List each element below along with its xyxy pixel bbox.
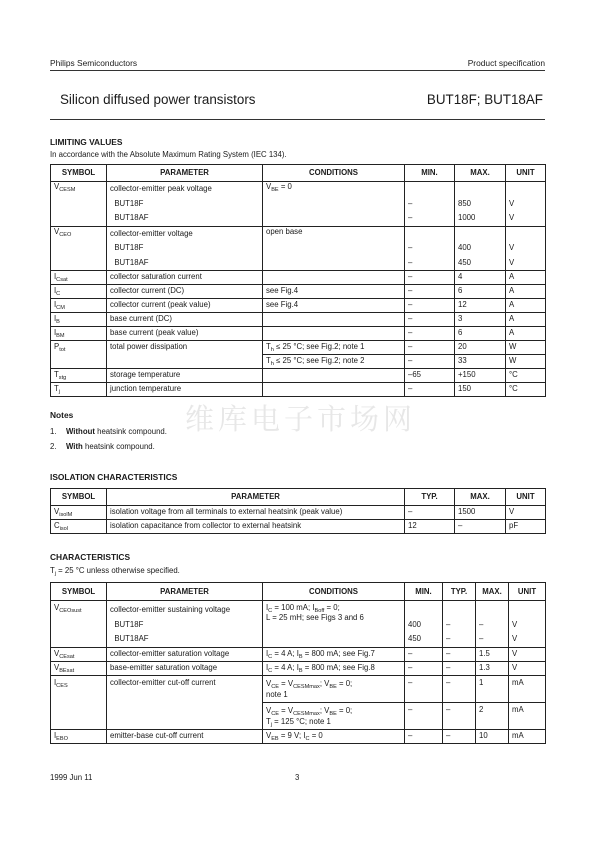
symbol-cell: Ptot xyxy=(51,341,107,369)
symbol-cell: Cisol xyxy=(51,520,107,534)
max-cell: 1.3 xyxy=(476,661,509,675)
header-rule xyxy=(50,70,545,71)
min-value xyxy=(408,603,439,618)
conditions-cell: VEB = 9 V; IC = 0 xyxy=(263,729,405,743)
max-value: 850 xyxy=(458,197,502,212)
subscript: tot xyxy=(59,347,65,353)
condition-line: IC = 100 mA; IBoff = 0; xyxy=(266,603,401,613)
parameter-line: BUT18AF xyxy=(110,256,259,271)
subscript: isolM xyxy=(59,512,72,518)
page-number: 3 xyxy=(295,773,299,782)
unit-cell: VV xyxy=(506,226,546,271)
note-2: 2.With heatsink compound. xyxy=(50,442,155,451)
conditions-cell: VCE = VCESMmax; VBE = 0;note 1 xyxy=(263,675,405,702)
parameter-cell: base-emitter saturation voltage xyxy=(107,661,263,675)
column-header: MIN. xyxy=(405,165,455,182)
subscript: EB xyxy=(271,736,278,742)
min-cell: – xyxy=(405,675,443,702)
parameter-line: BUT18F xyxy=(110,241,259,256)
min-cell: – xyxy=(405,661,443,675)
symbol-cell: IBM xyxy=(51,327,107,341)
max-cell: 8501000 xyxy=(455,182,506,227)
parameter-line: BUT18F xyxy=(110,197,259,212)
max-cell: 150 xyxy=(455,383,506,397)
min-value: – xyxy=(408,241,451,256)
parameter-line: BUT18F xyxy=(110,618,259,633)
unit-value: V xyxy=(509,256,542,271)
min-value: – xyxy=(408,211,451,226)
note-number: 1. xyxy=(50,427,66,436)
subscript: CEO xyxy=(59,232,71,238)
conditions-cell xyxy=(263,327,405,341)
max-cell: 10 xyxy=(476,729,509,743)
column-header: MAX. xyxy=(455,165,506,182)
min-value xyxy=(408,227,451,242)
title-rule xyxy=(50,119,545,120)
conditions-cell xyxy=(263,383,405,397)
subscript: h xyxy=(271,347,274,353)
symbol-cell: IC xyxy=(51,285,107,299)
max-cell: 400450 xyxy=(455,226,506,271)
parameter-cell: total power dissipation xyxy=(107,341,263,369)
unit-cell: mA xyxy=(509,702,546,729)
characteristics-table: SYMBOLPARAMETERCONDITIONSMIN.TYP.MAX.UNI… xyxy=(50,582,546,744)
symbol-cell: VisolM xyxy=(51,506,107,520)
subscript: B xyxy=(299,654,303,660)
table-row: Cisolisolation capacitance from collecto… xyxy=(51,520,546,534)
typ-cell: – xyxy=(443,675,476,702)
unit-value: V xyxy=(509,197,542,212)
min-value: 450 xyxy=(408,632,439,647)
column-header: CONDITIONS xyxy=(263,583,405,601)
table-row: ICMcollector current (peak value)see Fig… xyxy=(51,299,546,313)
table-row: VCESMcollector-emitter peak voltage BUT1… xyxy=(51,182,546,227)
condition-line: L = 25 mH; see Figs 3 and 6 xyxy=(266,613,401,623)
parameter-cell: collector-emitter saturation voltage xyxy=(107,647,263,661)
max-cell: 20 xyxy=(455,341,506,355)
unit-cell: V xyxy=(509,647,546,661)
table-row: Tstgstorage temperature–65+150°C xyxy=(51,369,546,383)
typ-cell: – xyxy=(443,661,476,675)
subscript: B xyxy=(56,319,60,325)
typ-cell: –– xyxy=(443,601,476,648)
unit-cell: mA xyxy=(509,675,546,702)
limiting-values-subtitle: In accordance with the Absolute Maximum … xyxy=(50,150,287,159)
column-header: UNIT xyxy=(506,165,546,182)
unit-cell: °C xyxy=(506,369,546,383)
conditions-cell xyxy=(263,271,405,285)
unit-value: V xyxy=(509,241,542,256)
unit-value xyxy=(509,227,542,242)
column-header: SYMBOL xyxy=(51,583,107,601)
unit-cell: A xyxy=(506,285,546,299)
document-type: Product specification xyxy=(468,58,545,68)
conditions-cell: IC = 4 A; IB = 800 mA; see Fig.7 xyxy=(263,647,405,661)
subscript: j xyxy=(59,389,60,395)
symbol-cell: VCESM xyxy=(51,182,107,227)
note-text: heatsink compound. xyxy=(95,427,167,436)
unit-cell: VV xyxy=(509,601,546,648)
min-cell: – xyxy=(405,729,443,743)
parameter-cell: base current (peak value) xyxy=(107,327,263,341)
unit-cell: A xyxy=(506,327,546,341)
conditions-cell: see Fig.4 xyxy=(263,285,405,299)
parameter-cell: isolation voltage from all terminals to … xyxy=(107,506,405,520)
condition-line: VCE = VCESMmax; VBE = 0; xyxy=(266,678,401,689)
symbol-cell: VCEO xyxy=(51,226,107,271)
unit-value: V xyxy=(509,211,542,226)
subscript: Csat xyxy=(56,277,68,283)
max-value: 450 xyxy=(458,256,502,271)
min-value xyxy=(408,182,451,197)
parameter-cell: isolation capacitance from collector to … xyxy=(107,520,405,534)
note-number: 2. xyxy=(50,442,66,451)
note-text: heatsink compound. xyxy=(83,442,155,451)
min-cell: – xyxy=(405,341,455,355)
symbol-cell: VBEsat xyxy=(51,661,107,675)
min-value: – xyxy=(408,256,451,271)
note-emphasis: Without xyxy=(66,427,95,436)
parameter-cell: base current (DC) xyxy=(107,313,263,327)
notes-title: Notes xyxy=(50,410,73,420)
min-value: – xyxy=(408,197,451,212)
symbol-cell: ICM xyxy=(51,299,107,313)
parameter-line: collector-emitter sustaining voltage xyxy=(110,603,259,618)
symbol-cell: IEBO xyxy=(51,729,107,743)
max-cell: 6 xyxy=(455,327,506,341)
max-cell: +150 xyxy=(455,369,506,383)
unit-cell: W xyxy=(506,341,546,355)
max-cell: 3 xyxy=(455,313,506,327)
conditions-cell: IC = 4 A; IB = 800 mA; see Fig.8 xyxy=(263,661,405,675)
min-cell: – xyxy=(405,355,455,369)
unit-cell: V xyxy=(509,661,546,675)
min-cell: –– xyxy=(405,182,455,227)
note-emphasis: With xyxy=(66,442,83,451)
unit-value xyxy=(509,182,542,197)
max-value xyxy=(458,182,502,197)
column-header: UNIT xyxy=(506,489,546,506)
table-row: ICEScollector-emitter cut-off currentVCE… xyxy=(51,675,546,702)
table-row: IEBOemitter-base cut-off currentVEB = 9 … xyxy=(51,729,546,743)
subscript: BM xyxy=(56,333,64,339)
unit-cell: mA xyxy=(509,729,546,743)
parameter-cell: collector current (DC) xyxy=(107,285,263,299)
subscript: B xyxy=(299,668,303,674)
parameter-cell: collector-emitter peak voltage BUT18F BU… xyxy=(107,182,263,227)
column-header: UNIT xyxy=(509,583,546,601)
parameter-cell: junction temperature xyxy=(107,383,263,397)
characteristics-title: CHARACTERISTICS xyxy=(50,552,130,562)
part-numbers: BUT18F; BUT18AF xyxy=(427,92,543,107)
conditions-cell: open base xyxy=(263,226,405,271)
subscript: C xyxy=(305,736,309,742)
symbol-cell: IB xyxy=(51,313,107,327)
parameter-line: collector-emitter peak voltage xyxy=(110,182,259,197)
column-header: PARAMETER xyxy=(107,165,263,182)
parameter-cell: emitter-base cut-off current xyxy=(107,729,263,743)
table-row: VCEOcollector-emitter voltage BUT18F BUT… xyxy=(51,226,546,271)
unit-value xyxy=(512,603,542,618)
conditions-cell: Th ≤ 25 °C; see Fig.2; note 2 xyxy=(263,355,405,369)
min-cell: – xyxy=(405,285,455,299)
min-cell: – xyxy=(405,313,455,327)
table-row: VCEsatcollector-emitter saturation volta… xyxy=(51,647,546,661)
unit-cell: W xyxy=(506,355,546,369)
min-cell: –65 xyxy=(405,369,455,383)
watermark: 维库电子市场网 xyxy=(185,397,416,438)
condition-line: Tj = 125 °C; note 1 xyxy=(266,716,401,727)
max-cell: 12 xyxy=(455,299,506,313)
min-cell: – xyxy=(405,647,443,661)
max-cell: 1.5 xyxy=(476,647,509,661)
conditions-cell: VBE = 0 xyxy=(263,182,405,227)
unit-value: V xyxy=(512,632,542,647)
conditions-cell: see Fig.4 xyxy=(263,299,405,313)
company-name: Philips Semiconductors xyxy=(50,58,137,68)
max-cell: 1 xyxy=(476,675,509,702)
max-value: – xyxy=(479,618,505,633)
typ-value xyxy=(446,603,472,618)
column-header: MIN. xyxy=(405,583,443,601)
unit-cell: °C xyxy=(506,383,546,397)
column-header: CONDITIONS xyxy=(263,165,405,182)
max-value: 1000 xyxy=(458,211,502,226)
table-row: Ptottotal power dissipationTh ≤ 25 °C; s… xyxy=(51,341,546,355)
table-row: VisolMisolation voltage from all termina… xyxy=(51,506,546,520)
subscript: j xyxy=(271,722,272,728)
note-1: 1.Without heatsink compound. xyxy=(50,427,167,436)
parameter-cell: collector-emitter voltage BUT18F BUT18AF xyxy=(107,226,263,271)
symbol-cell: ICsat xyxy=(51,271,107,285)
conditions-cell: VCE = VCESMmax; VBE = 0;Tj = 125 °C; not… xyxy=(263,702,405,729)
min-cell: – xyxy=(405,299,455,313)
condition-line: note 1 xyxy=(266,689,401,700)
typ-cell: 12 xyxy=(405,520,455,534)
subscript: C xyxy=(268,668,272,674)
subscript: C xyxy=(56,291,60,297)
max-cell: 2 xyxy=(476,702,509,729)
typ-value: – xyxy=(446,632,472,647)
table-row: IBbase current (DC)–3A xyxy=(51,313,546,327)
table-row: VCEOsustcollector-emitter sustaining vol… xyxy=(51,601,546,648)
max-cell: – xyxy=(455,520,506,534)
parameter-cell: collector current (peak value) xyxy=(107,299,263,313)
subscript: BE xyxy=(271,187,278,193)
column-header: MAX. xyxy=(476,583,509,601)
table-row: VBEsatbase-emitter saturation voltageIC … xyxy=(51,661,546,675)
subscript: isol xyxy=(60,526,68,532)
symbol-cell: Tj xyxy=(51,383,107,397)
max-cell: 1500 xyxy=(455,506,506,520)
max-value xyxy=(458,227,502,242)
subscript: BE xyxy=(329,684,336,690)
min-cell: –– xyxy=(405,226,455,271)
min-cell: 400450 xyxy=(405,601,443,648)
symbol-cell: ICES xyxy=(51,675,107,729)
max-cell: 4 xyxy=(455,271,506,285)
parameter-cell: storage temperature xyxy=(107,369,263,383)
unit-cell: V xyxy=(506,506,546,520)
typ-cell: – xyxy=(405,506,455,520)
subscript: CESM xyxy=(59,187,75,193)
column-header: SYMBOL xyxy=(51,165,107,182)
symbol-cell: VCEOsust xyxy=(51,601,107,648)
min-cell: – xyxy=(405,327,455,341)
document-title: Silicon diffused power transistors xyxy=(60,92,256,107)
subscript: CM xyxy=(56,305,65,311)
limiting-values-table: SYMBOLPARAMETERCONDITIONSMIN.MAX.UNIT VC… xyxy=(50,164,546,397)
parameter-line: BUT18AF xyxy=(110,211,259,226)
subscript: CEOsust xyxy=(59,608,81,614)
column-header: TYP. xyxy=(405,489,455,506)
unit-cell: A xyxy=(506,313,546,327)
subscript: EBO xyxy=(56,736,68,742)
min-value: 400 xyxy=(408,618,439,633)
unit-cell: A xyxy=(506,271,546,285)
min-cell: – xyxy=(405,271,455,285)
table-header-row: SYMBOLPARAMETERTYP.MAX.UNIT xyxy=(51,489,546,506)
unit-cell: A xyxy=(506,299,546,313)
parameter-cell: collector-emitter sustaining voltage BUT… xyxy=(107,601,263,648)
subscript: C xyxy=(268,654,272,660)
subscript: h xyxy=(271,361,274,367)
table-row: IBMbase current (peak value)–6A xyxy=(51,327,546,341)
column-header: PARAMETER xyxy=(107,489,405,506)
parameter-line: collector-emitter voltage xyxy=(110,227,259,242)
conditions-cell xyxy=(263,313,405,327)
min-cell: – xyxy=(405,702,443,729)
table-row: ICcollector current (DC)see Fig.4–6A xyxy=(51,285,546,299)
symbol-cell: Tstg xyxy=(51,369,107,383)
table-row: ICsatcollector saturation current–4A xyxy=(51,271,546,285)
column-header: TYP. xyxy=(443,583,476,601)
max-cell: –– xyxy=(476,601,509,648)
unit-cell: VV xyxy=(506,182,546,227)
subtitle-text: = 25 °C unless otherwise specified. xyxy=(56,566,180,575)
typ-cell: – xyxy=(443,729,476,743)
subscript: CEsat xyxy=(59,654,74,660)
unit-value: V xyxy=(512,618,542,633)
subscript: CES xyxy=(56,683,68,689)
max-cell: 6 xyxy=(455,285,506,299)
footer-date: 1999 Jun 11 xyxy=(50,773,92,782)
typ-cell: – xyxy=(443,647,476,661)
symbol-cell: VCEsat xyxy=(51,647,107,661)
column-header: SYMBOL xyxy=(51,489,107,506)
column-header: PARAMETER xyxy=(107,583,263,601)
parameter-line: BUT18AF xyxy=(110,632,259,647)
conditions-cell: Th ≤ 25 °C; see Fig.2; note 1 xyxy=(263,341,405,355)
max-value: – xyxy=(479,632,505,647)
table-header-row: SYMBOLPARAMETERCONDITIONSMIN.MAX.UNIT xyxy=(51,165,546,182)
limiting-values-title: LIMITING VALUES xyxy=(50,137,122,147)
max-cell: 33 xyxy=(455,355,506,369)
subscript: CESMmax xyxy=(293,684,320,690)
isolation-title: ISOLATION CHARACTERISTICS xyxy=(50,472,177,482)
conditions-cell xyxy=(263,369,405,383)
table-header-row: SYMBOLPARAMETERCONDITIONSMIN.TYP.MAX.UNI… xyxy=(51,583,546,601)
subscript: BEsat xyxy=(59,668,74,674)
unit-cell: pF xyxy=(506,520,546,534)
parameter-cell: collector saturation current xyxy=(107,271,263,285)
characteristics-subtitle: Tj = 25 °C unless otherwise specified. xyxy=(50,566,180,575)
typ-cell: – xyxy=(443,702,476,729)
parameter-cell: collector-emitter cut-off current xyxy=(107,675,263,729)
column-header: MAX. xyxy=(455,489,506,506)
conditions-cell: IC = 100 mA; IBoff = 0;L = 25 mH; see Fi… xyxy=(263,601,405,648)
typ-value: – xyxy=(446,618,472,633)
max-value: 400 xyxy=(458,241,502,256)
subscript: stg xyxy=(59,375,66,381)
condition-line: VCE = VCESMmax; VBE = 0; xyxy=(266,705,401,716)
isolation-table: SYMBOLPARAMETERTYP.MAX.UNIT VisolMisolat… xyxy=(50,488,546,534)
table-row: Tjjunction temperature–150°C xyxy=(51,383,546,397)
min-cell: – xyxy=(405,383,455,397)
max-value xyxy=(479,603,505,618)
